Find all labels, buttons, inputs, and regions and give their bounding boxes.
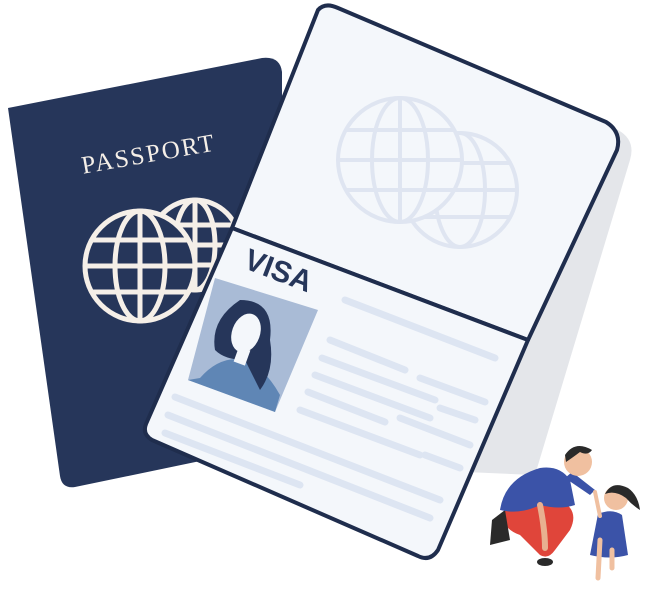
globe-icon <box>85 211 195 321</box>
passport-visa-illustration: PASSPORT <box>0 0 650 591</box>
